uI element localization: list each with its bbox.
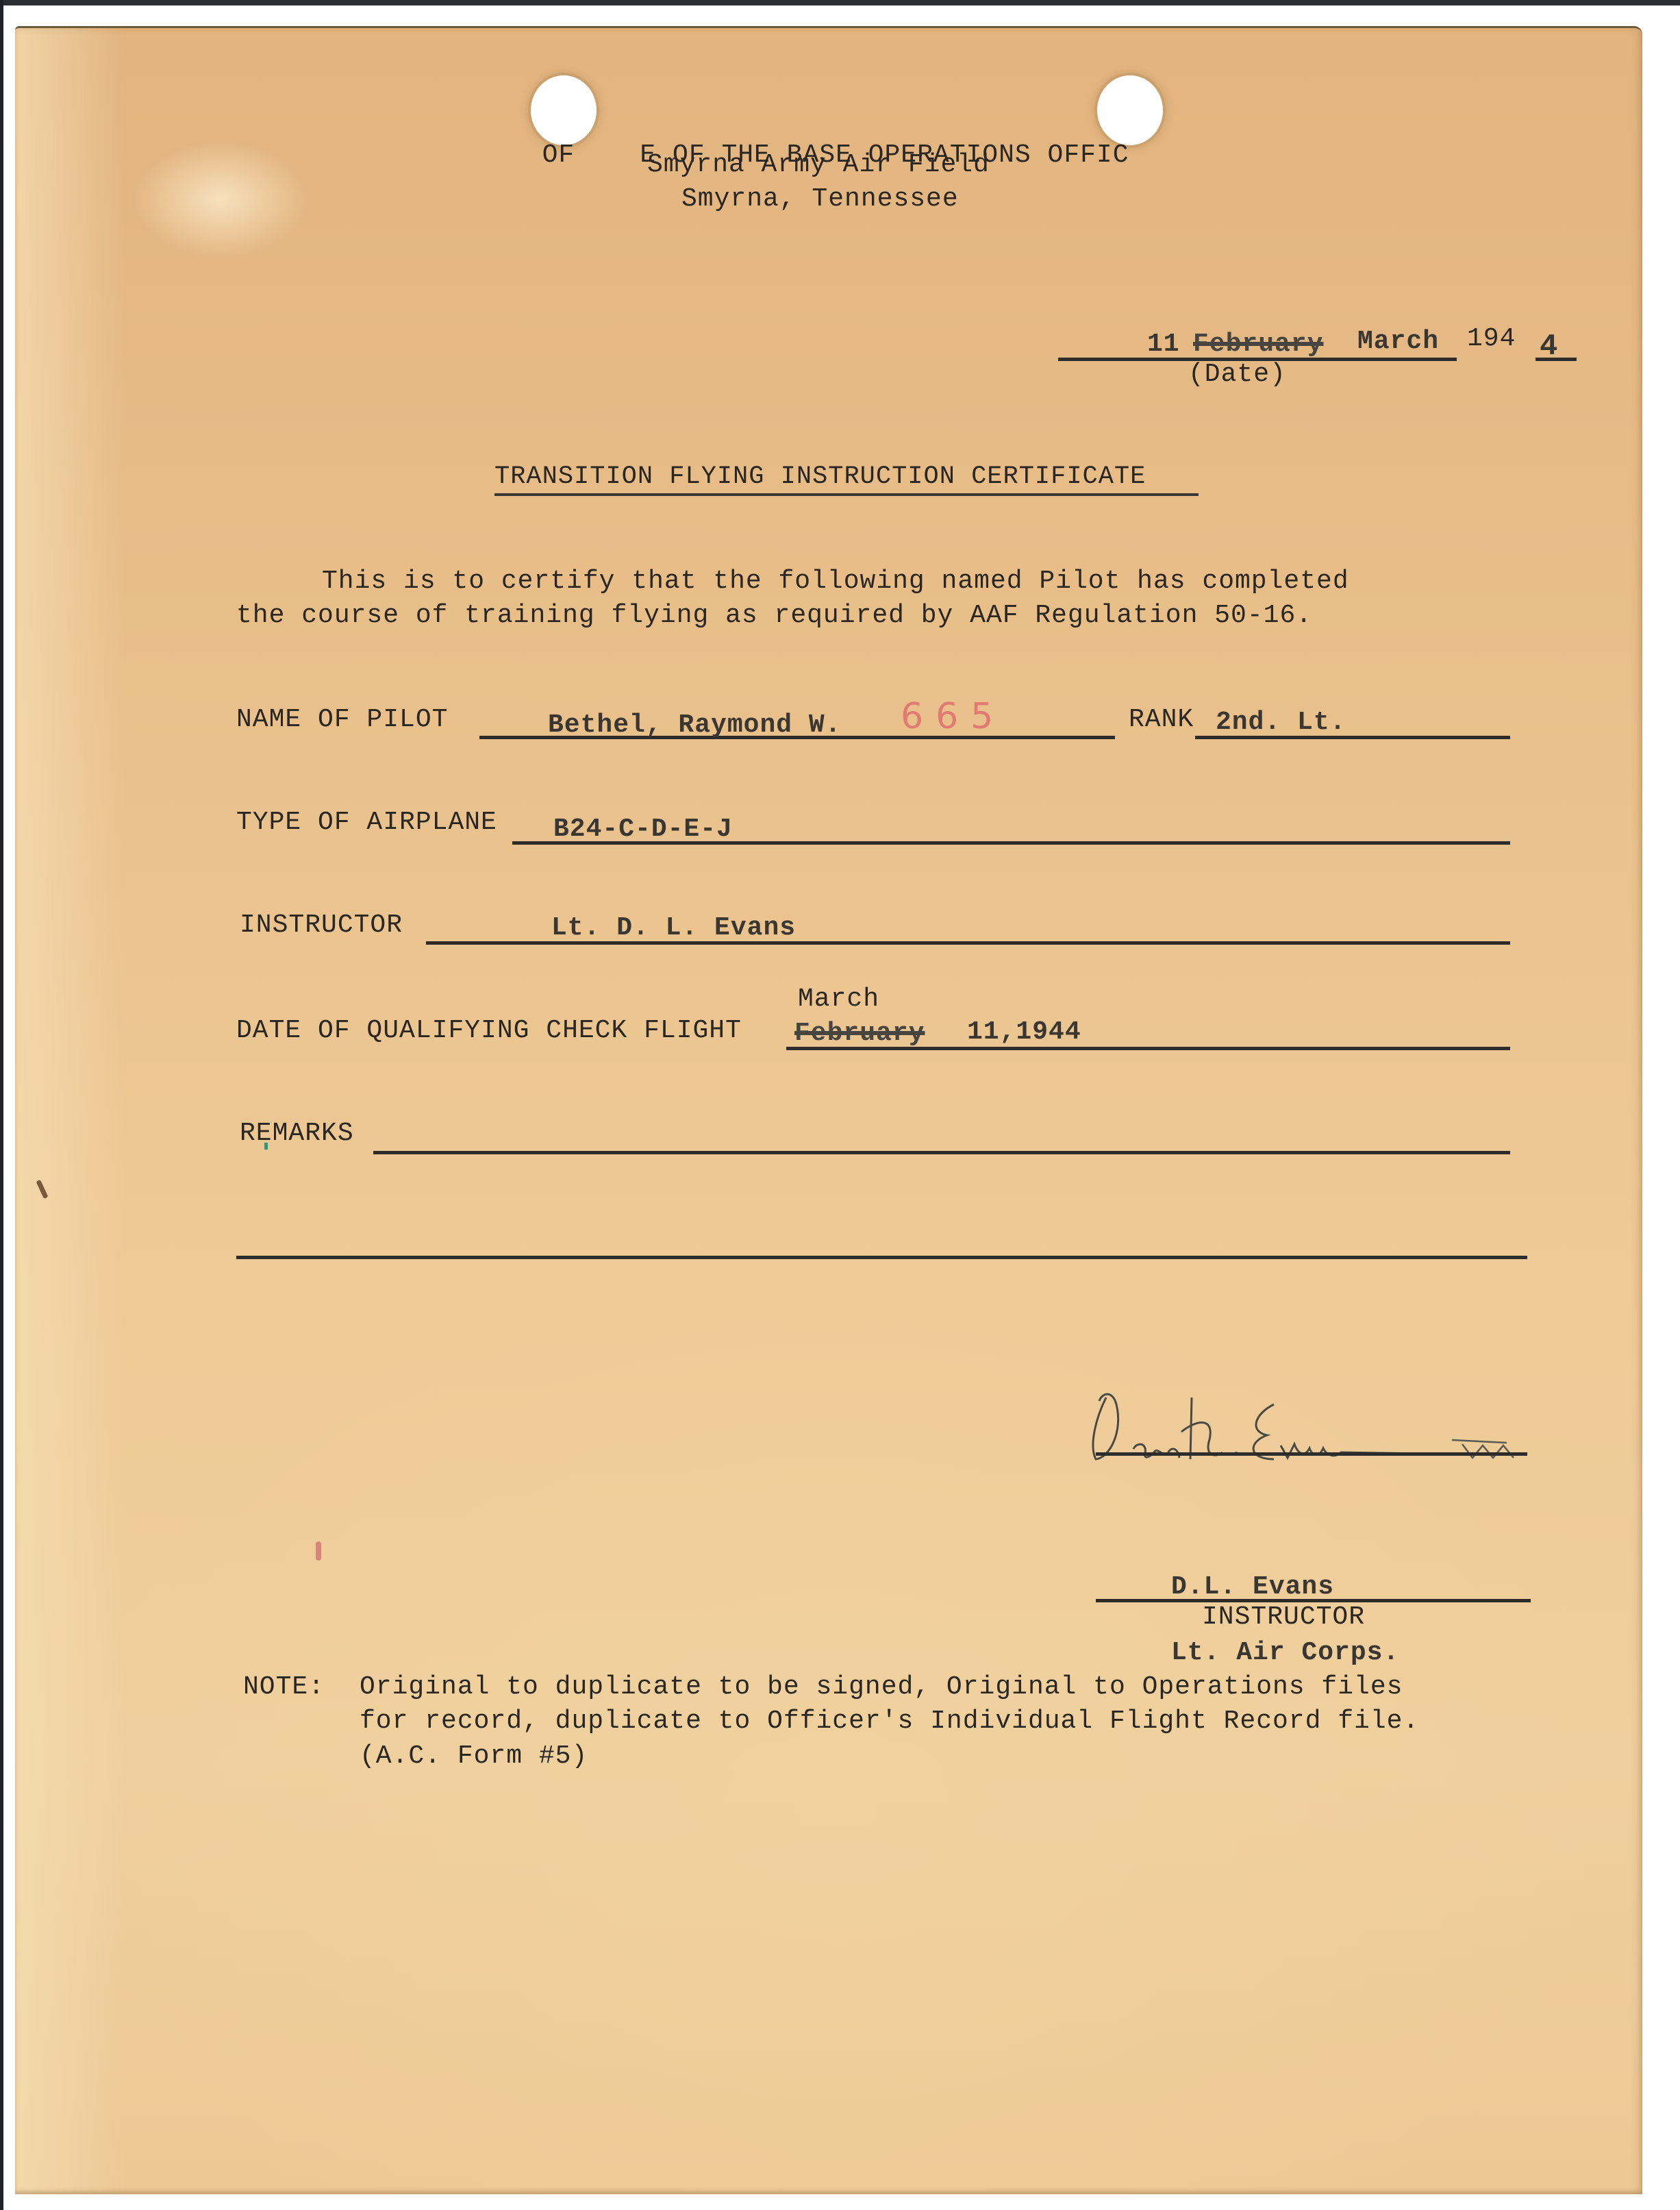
check-flight-correction: March xyxy=(798,986,879,1013)
date-caption: (Date) xyxy=(1188,362,1286,388)
title-underline xyxy=(494,493,1199,496)
pilot-name-value[interactable]: Bethel, Raymond W. xyxy=(548,712,841,738)
date-month: March xyxy=(1357,329,1439,355)
note-line-3: (A.C. Form #5) xyxy=(360,1743,588,1770)
instructor-role: INSTRUCTOR xyxy=(1202,1604,1365,1630)
body-line-2: the course of training flying as require… xyxy=(236,603,1312,629)
instructor-value[interactable]: Lt. D. L. Evans xyxy=(551,915,796,941)
date-year-underline xyxy=(1535,358,1577,361)
instructor-label: INSTRUCTOR xyxy=(240,912,403,939)
pilot-red-annotation: 665 xyxy=(901,696,1005,737)
airplane-value[interactable]: B24-C-D-E-J xyxy=(553,817,733,843)
handwritten-signature xyxy=(1068,1377,1562,1473)
remarks-label: REMARKS xyxy=(240,1121,354,1147)
check-flight-struck: February xyxy=(794,1021,925,1047)
note-line-1: Original to duplicate to be signed, Orig… xyxy=(360,1674,1403,1700)
scanner-edge-left xyxy=(0,0,3,2210)
airplane-label: TYPE OF AIRPLANE xyxy=(236,810,497,836)
rank-label: RANK xyxy=(1129,707,1194,733)
header-field: Smyrna Army Air Field xyxy=(647,152,990,178)
pilot-name-label: NAME OF PILOT xyxy=(236,707,448,733)
note-label: NOTE: xyxy=(243,1674,325,1700)
rank-value[interactable]: 2nd. Lt. xyxy=(1216,710,1346,736)
date-year-prefix: 194 xyxy=(1467,326,1516,352)
instructor-rank: Lt. Air Corps. xyxy=(1171,1640,1399,1666)
check-flight-value[interactable]: 11,1944 xyxy=(967,1019,1081,1045)
ink-speck-teal xyxy=(264,1143,268,1150)
note-line-2: for record, duplicate to Officer's Indiv… xyxy=(360,1709,1419,1735)
remarks-line-1[interactable] xyxy=(373,1151,1510,1154)
date-day: 11 xyxy=(1147,332,1180,358)
certificate-title: TRANSITION FLYING INSTRUCTION CERTIFICAT… xyxy=(494,464,1146,490)
typed-name: D.L. Evans xyxy=(1171,1574,1334,1600)
check-flight-label: DATE OF QUALIFYING CHECK FLIGHT xyxy=(236,1018,742,1044)
body-line-1: This is to certify that the following na… xyxy=(322,569,1349,595)
red-pencil-mark xyxy=(316,1541,321,1561)
date-struck-month: February xyxy=(1193,332,1323,358)
scanner-edge-top xyxy=(0,0,1680,5)
signature-line xyxy=(1096,1452,1527,1456)
remarks-line-2[interactable] xyxy=(236,1256,1527,1259)
header-location: Smyrna, Tennessee xyxy=(681,186,959,212)
